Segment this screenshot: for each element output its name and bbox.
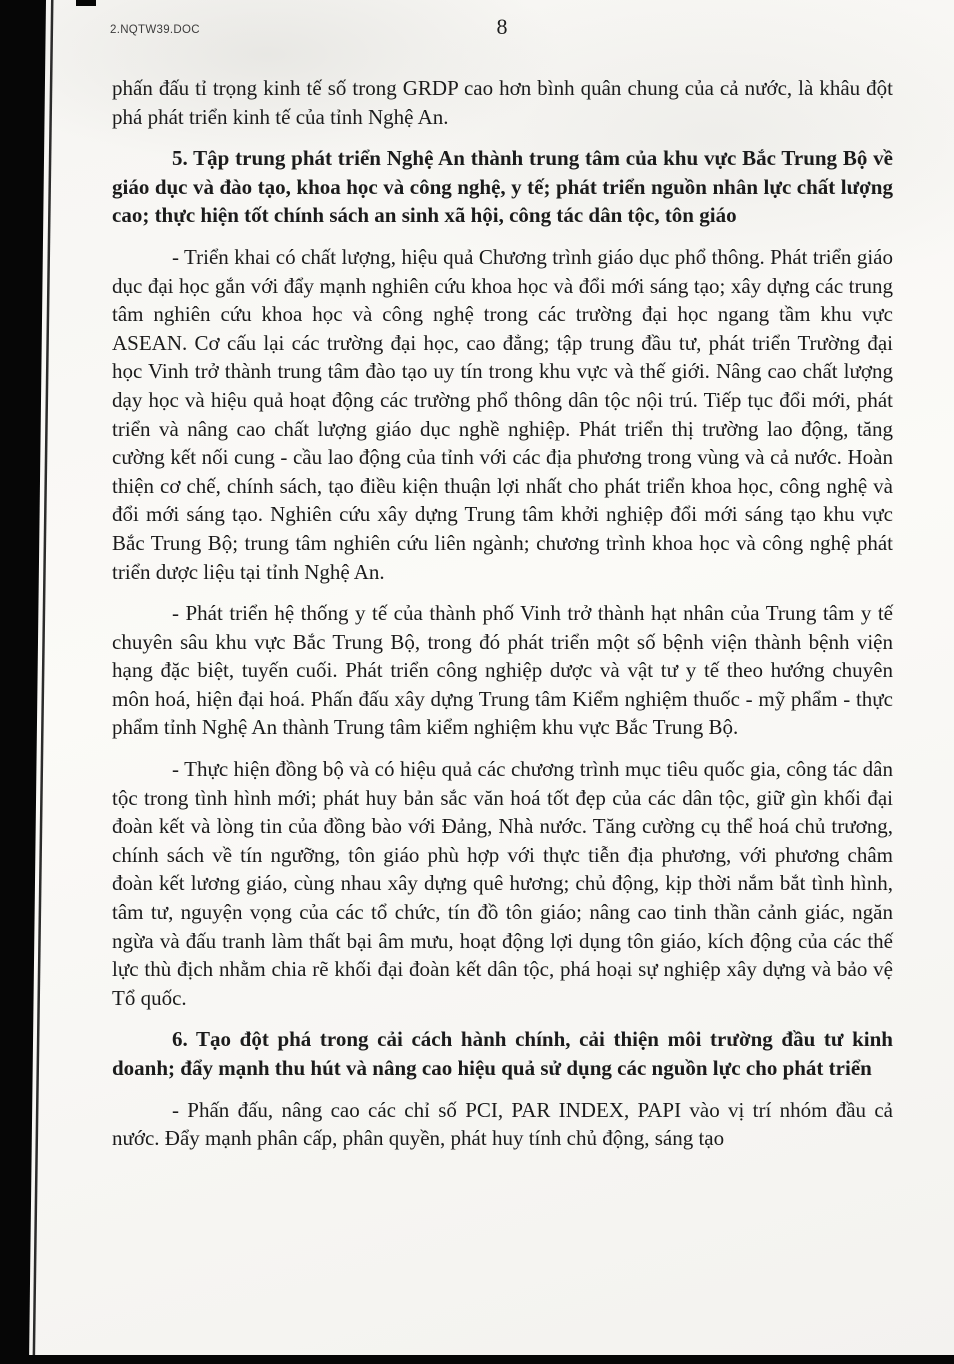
paragraph-health-system: - Phát triển hệ thống y tế của thành phố…	[112, 599, 893, 742]
document-body: phấn đấu tỉ trọng kinh tế số trong GRDP …	[112, 74, 893, 1166]
scan-edge-left-band	[0, 0, 60, 1364]
paragraph-continuation-grdp: phấn đấu tỉ trọng kinh tế số trong GRDP …	[112, 74, 893, 131]
page-number: 8	[112, 14, 892, 40]
paragraph-ethnic-religion: - Thực hiện đồng bộ và có hiệu quả các c…	[112, 755, 893, 1012]
heading-section-5: 5. Tập trung phát triển Nghệ An thành tr…	[112, 144, 893, 230]
paragraph-pci-indexes: - Phấn đấu, nâng cao các chỉ số PCI, PAR…	[112, 1096, 893, 1153]
heading-section-6: 6. Tạo đột phá trong cải cách hành chính…	[112, 1025, 893, 1082]
scan-edge-bottom-band	[0, 1355, 954, 1364]
paragraph-education-science: - Triển khai có chất lượng, hiệu quả Chư…	[112, 243, 893, 586]
scan-edge-top-tick	[76, 0, 96, 6]
scanned-document-page: 2.NQTW39.DOC 8 phấn đấu tỉ trọng kinh tế…	[0, 0, 954, 1364]
